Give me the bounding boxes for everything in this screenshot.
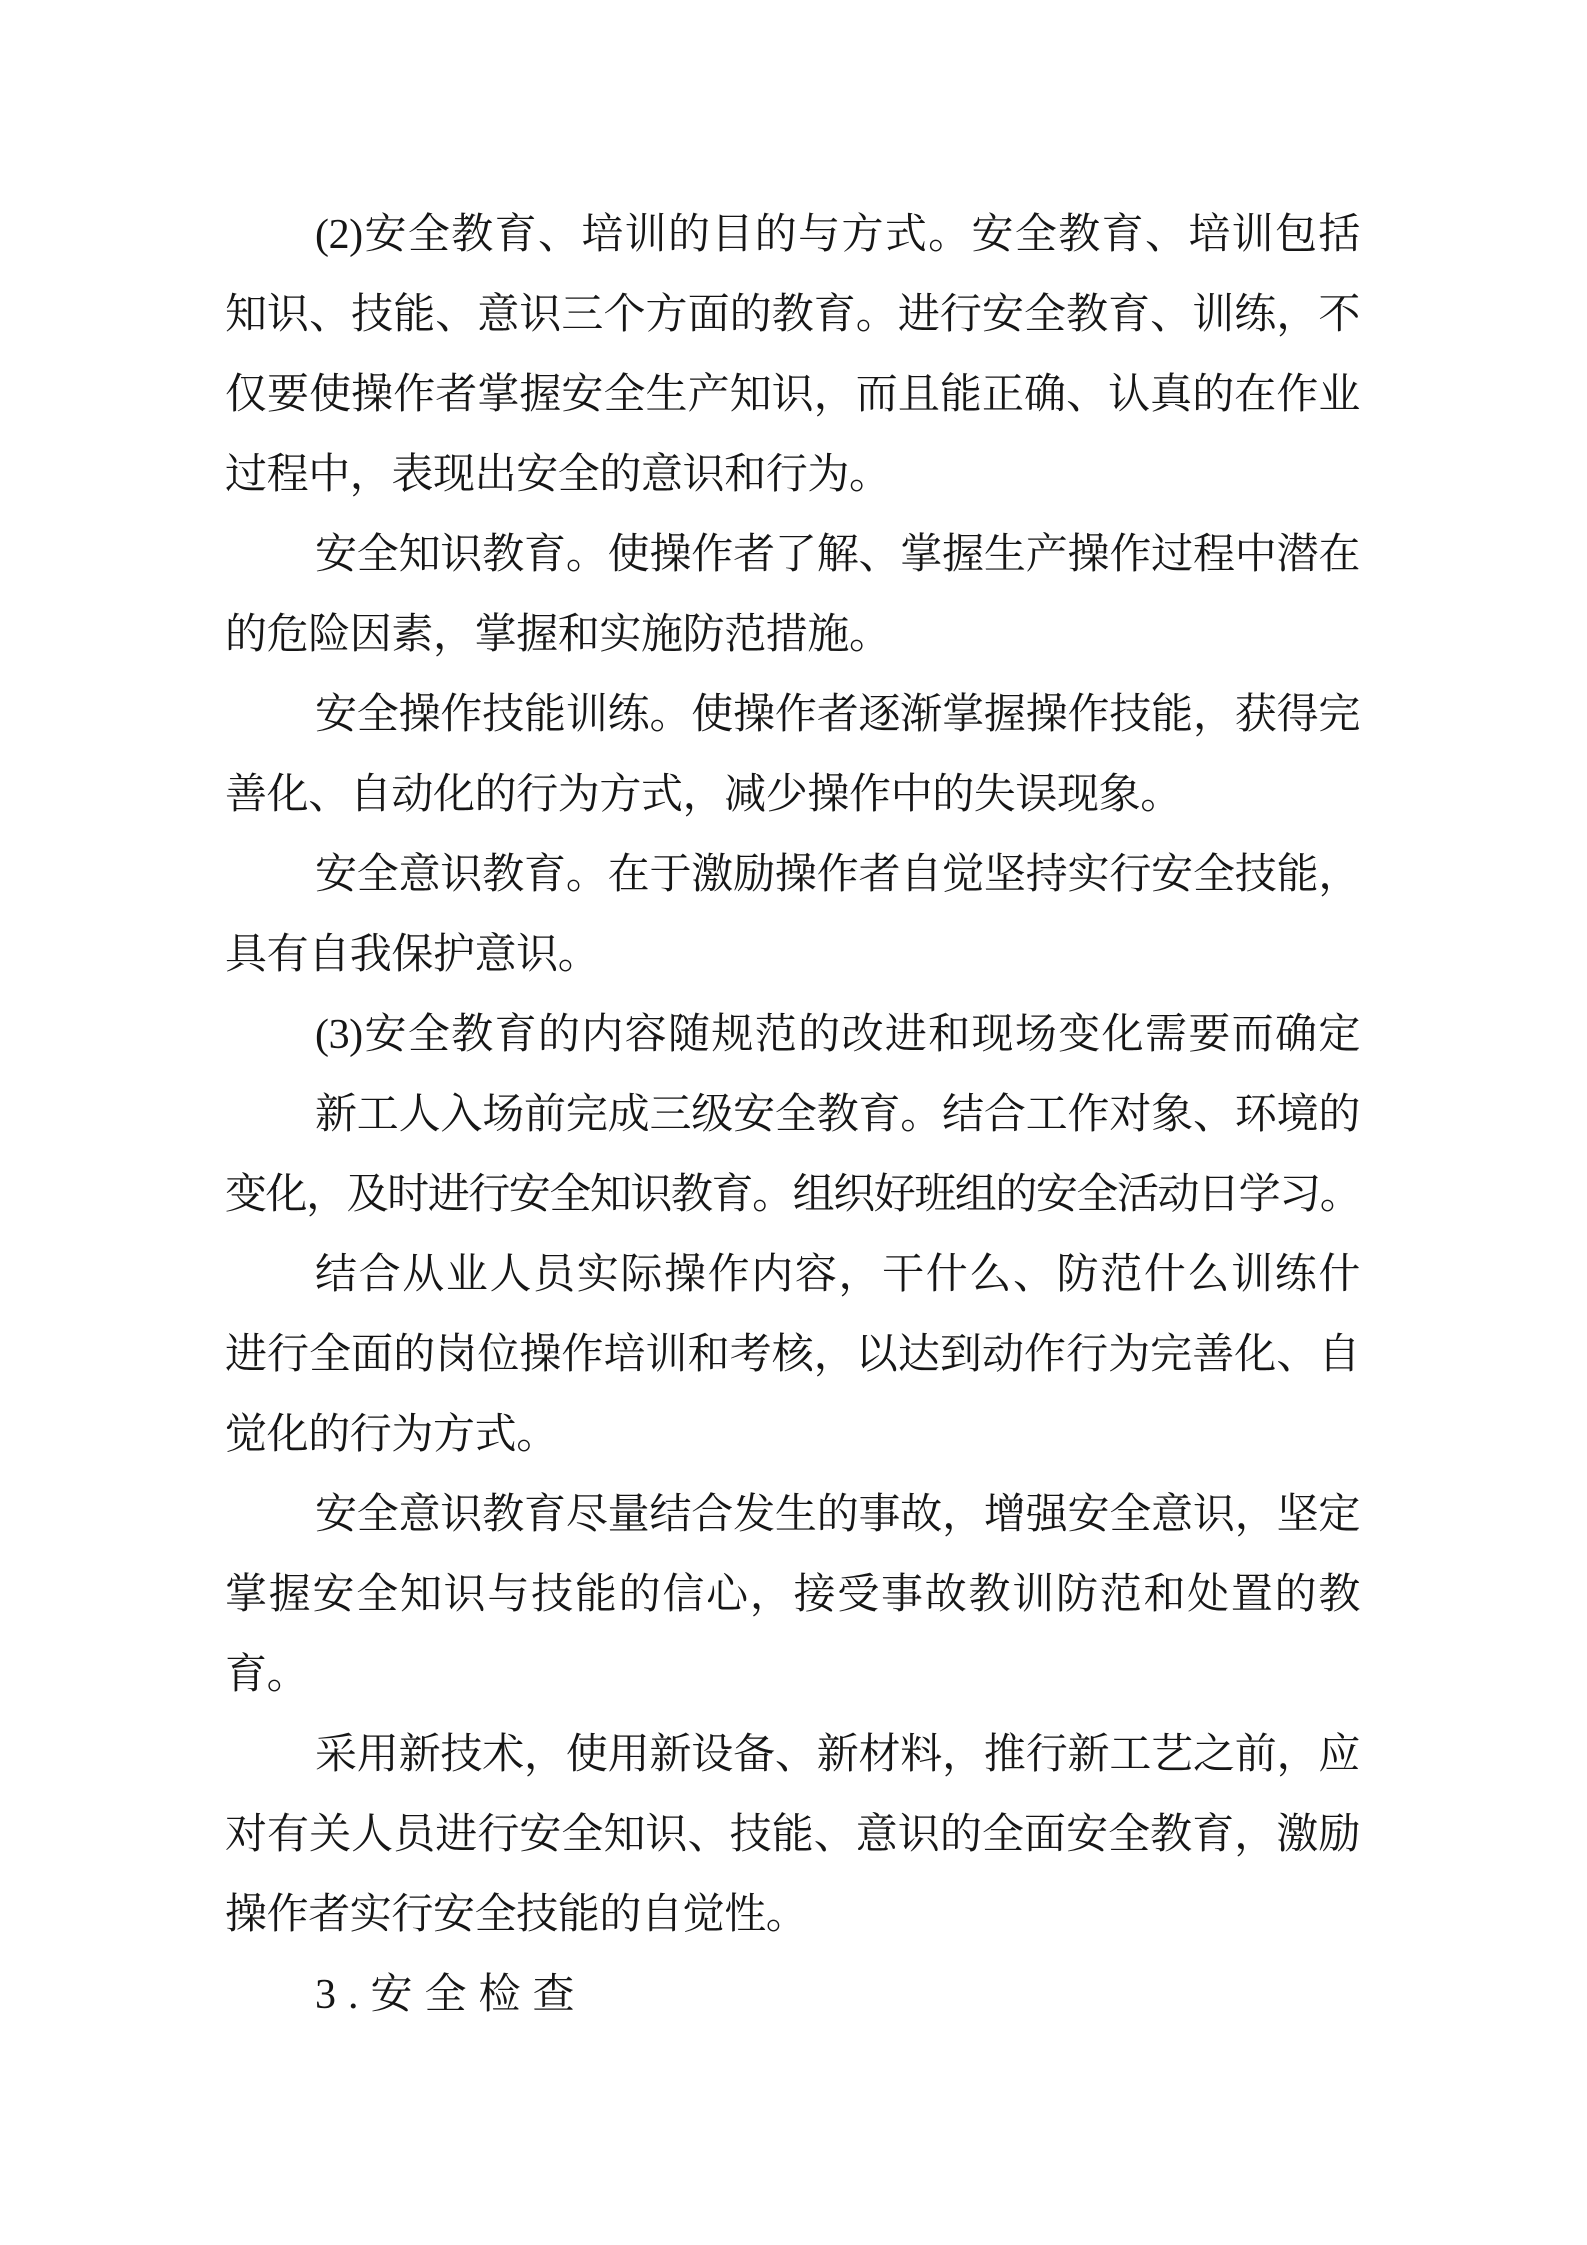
text-line: 变化，及时进行安全知识教育。组织好班组的安全活动日学习。 bbox=[225, 1155, 1360, 1235]
text-line: 安全操作技能训练。使操作者逐渐掌握操作技能，获得完 bbox=[225, 675, 1360, 755]
text-line: 仅要使操作者掌握安全生产知识，而且能正确、认真的在作业 bbox=[225, 355, 1360, 435]
text-line: 对有关人员进行安全知识、技能、意识的全面安全教育，激励 bbox=[225, 1795, 1360, 1875]
text-line: 育。 bbox=[225, 1635, 1360, 1715]
text-line: 安全意识教育。在于激励操作者自觉坚持实行安全技能， bbox=[225, 835, 1360, 915]
text-line: 新工人入场前完成三级安全教育。结合工作对象、环境的 bbox=[225, 1075, 1360, 1155]
text-line: 觉化的行为方式。 bbox=[225, 1395, 1360, 1475]
text-line: (2)安全教育、培训的目的与方式。安全教育、培训包括 bbox=[225, 195, 1360, 275]
text-line: 安全知识教育。使操作者了解、掌握生产操作过程中潜在 bbox=[225, 515, 1360, 595]
text-line: 的危险因素，掌握和实施防范措施。 bbox=[225, 595, 1360, 675]
text-line: 安全意识教育尽量结合发生的事故，增强安全意识，坚定 bbox=[225, 1475, 1360, 1555]
heading-line: 3.安全检查 bbox=[225, 1955, 1360, 2035]
document-page: (2)安全教育、培训的目的与方式。安全教育、培训包括知识、技能、意识三个方面的教… bbox=[0, 0, 1587, 2245]
text-line: 过程中，表现出安全的意识和行为。 bbox=[225, 435, 1360, 515]
text-line: 结合从业人员实际操作内容，干什么、防范什么训练什么， bbox=[225, 1235, 1360, 1315]
text-line: 知识、技能、意识三个方面的教育。进行安全教育、训练，不 bbox=[225, 275, 1360, 355]
text-line: 掌握安全知识与技能的信心，接受事故教训防范和处置的教 bbox=[225, 1555, 1360, 1635]
text-line: 具有自我保护意识。 bbox=[225, 915, 1360, 995]
document-text-block: (2)安全教育、培训的目的与方式。安全教育、培训包括知识、技能、意识三个方面的教… bbox=[225, 195, 1360, 2035]
text-line: 操作者实行安全技能的自觉性。 bbox=[225, 1875, 1360, 1955]
text-line: 善化、自动化的行为方式，减少操作中的失误现象。 bbox=[225, 755, 1360, 835]
text-line: 进行全面的岗位操作培训和考核，以达到动作行为完善化、自 bbox=[225, 1315, 1360, 1395]
text-line: 采用新技术，使用新设备、新材料，推行新工艺之前，应 bbox=[225, 1715, 1360, 1795]
text-line: (3)安全教育的内容随规范的改进和现场变化需要而确定 bbox=[225, 995, 1360, 1075]
